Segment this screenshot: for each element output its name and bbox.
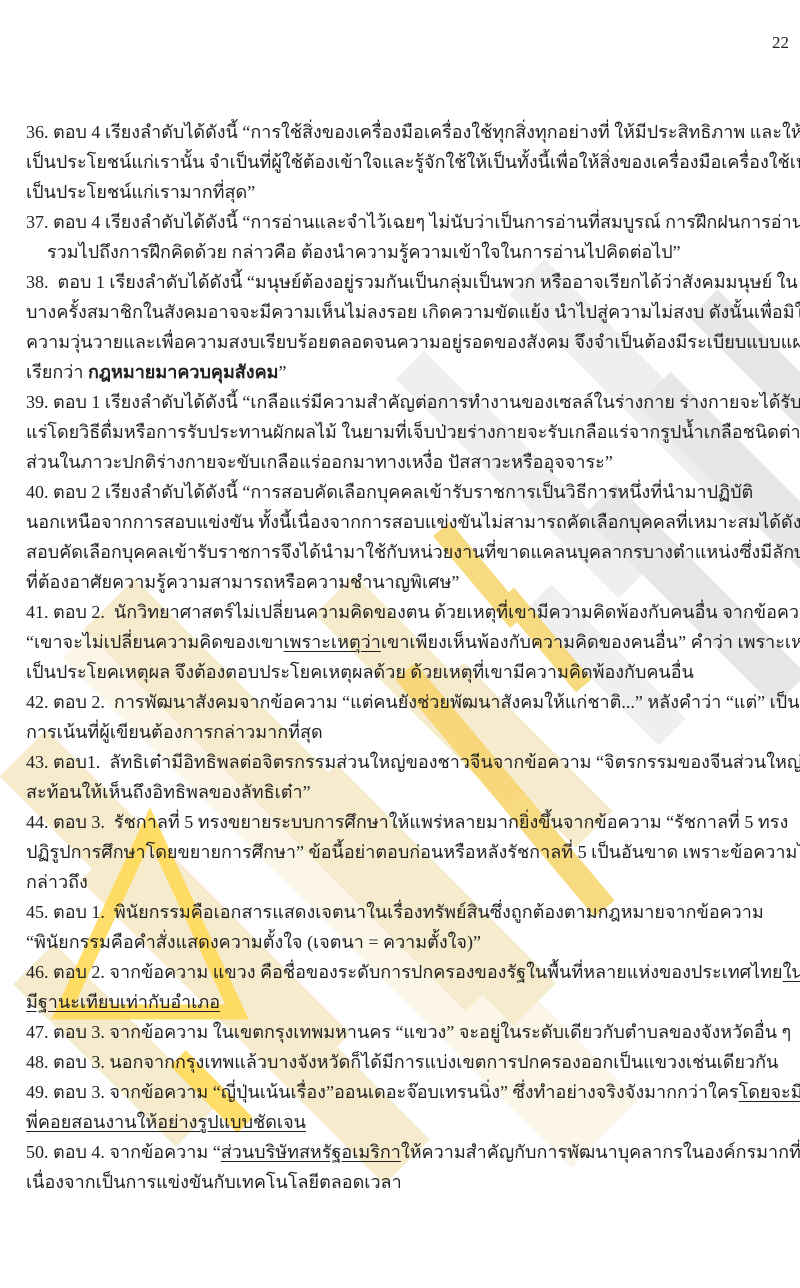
- text-run: สะท้อนให้เห็นถึงอิทธิพลของลัทธิเต๋า”: [26, 782, 311, 802]
- text-line: พี่คอยสอนงานให้อย่างรูปแบบชัดเจน: [26, 1107, 778, 1137]
- text-line: 36. ตอบ 4 เรียงลำดับได้ดังนี้ “การใช้สิ่…: [26, 117, 778, 147]
- item-number: 38.: [26, 272, 49, 292]
- text-run: เพราะเหตุว่า: [283, 632, 380, 652]
- text-run: ตอบ 2. จากข้อความ แขวง คือชื่อของระดับกา…: [49, 962, 783, 982]
- text-line: ที่ต้องอาศัยความรู้ความสามารถหรือความชำน…: [26, 567, 778, 597]
- text-line: บางครั้งสมาชิกในสังคมอาจจะมีความเห็นไม่ล…: [26, 297, 778, 327]
- item-number: 41.: [26, 602, 49, 622]
- text-run: นอกเหนือจากการสอบแข่งขัน ทั้งนี้เนื่องจา…: [26, 512, 800, 532]
- answer-item-40: 40. ตอบ 2 เรียงลำดับได้ดังนี้ “การสอบคัด…: [26, 477, 778, 597]
- text-run: ตอบ 4. จากข้อความ “: [49, 1142, 221, 1162]
- text-run: พี่คอยสอนงานให้อย่างรูปแบบชัดเจน: [26, 1112, 306, 1132]
- answer-item-36: 36. ตอบ 4 เรียงลำดับได้ดังนี้ “การใช้สิ่…: [26, 117, 778, 207]
- text-line: เป็นประโยคเหตุผล จึงต้องตอบประโยคเหตุผลด…: [26, 657, 778, 687]
- text-line: 46. ตอบ 2. จากข้อความ แขวง คือชื่อของระด…: [26, 957, 778, 987]
- text-run: การเน้นที่ผู้เขียนต้องการกล่าวมากที่สุด: [26, 722, 323, 742]
- text-run: รวมไปถึงการฝึกคิดด้วย กล่าวคือ ต้องนำควา…: [47, 242, 681, 262]
- answer-item-50: 50. ตอบ 4. จากข้อความ “ส่วนบริษัทสหรัฐอเ…: [26, 1137, 778, 1197]
- text-line: “เขาจะไม่เปลี่ยนความคิดของเขาเพราะเหตุว่…: [26, 627, 778, 657]
- text-run: มีฐานะเทียบเท่ากับอำเภอ: [26, 992, 220, 1012]
- item-number: 42.: [26, 692, 49, 712]
- text-run: ตอบ 3. รัชกาลที่ 5 ทรงขยายระบบการศึกษาให…: [49, 812, 789, 832]
- text-line: 50. ตอบ 4. จากข้อความ “ส่วนบริษัทสหรัฐอเ…: [26, 1137, 778, 1167]
- item-number: 36.: [26, 122, 49, 142]
- text-run: ตอบ 2. การพัฒนาสังคมจากข้อความ “แต่คนยัง…: [49, 692, 800, 712]
- answer-item-48: 48. ตอบ 3. นอกจากกรุงเทพแล้วบางจังหวัดก็…: [26, 1047, 778, 1077]
- text-line: 41. ตอบ 2. นักวิทยาศาสตร์ไม่เปลี่ยนความค…: [26, 597, 778, 627]
- item-number: 44.: [26, 812, 49, 832]
- text-line: เนื่องจากเป็นการแข่งขันกับเทคโนโลยีตลอดเ…: [26, 1167, 778, 1197]
- text-run: ปฏิรูปการศึกษาโดยขยายการศึกษา” ข้อนี้อย่…: [26, 842, 800, 862]
- text-line: ปฏิรูปการศึกษาโดยขยายการศึกษา” ข้อนี้อย่…: [26, 837, 778, 867]
- text-line: มีฐานะเทียบเท่ากับอำเภอ: [26, 987, 778, 1017]
- item-number: 37.: [26, 212, 49, 232]
- text-line: ส่วนในภาวะปกติร่างกายจะขับเกลือแร่ออกมาท…: [26, 447, 778, 477]
- text-run: “พินัยกรรมคือคำสั่งแสดงความตั้งใจ (เจตนา…: [26, 932, 481, 952]
- text-run: ตอบ 3. จากข้อความ ในเขตกรุงเทพมหานคร “แข…: [49, 1022, 792, 1042]
- text-run: แร่โดยวิธีดื่มหรือการรับประทานผักผลไม้ ใ…: [26, 422, 800, 442]
- text-run: ตอบ 3. จากข้อความ “ญี่ปุ่นเน้นเรื่อง”ออน…: [49, 1082, 739, 1102]
- text-run: ตอบ 1. พินัยกรรมคือเอกสารแสดงเจตนาในเรื่…: [49, 902, 764, 922]
- text-run: ตอบ 4 เรียงลำดับได้ดังนี้ “การใช้สิ่งของ…: [49, 122, 800, 142]
- text-line: 45. ตอบ 1. พินัยกรรมคือเอกสารแสดงเจตนาใน…: [26, 897, 778, 927]
- answer-item-45: 45. ตอบ 1. พินัยกรรมคือเอกสารแสดงเจตนาใน…: [26, 897, 778, 957]
- page-number: 22: [772, 33, 789, 53]
- item-number: 45.: [26, 902, 49, 922]
- text-run: ตอบ1. ลัทธิเต๋ามีอิทธิพลต่อจิตรกรรมส่วนใ…: [49, 752, 800, 772]
- text-line: นอกเหนือจากการสอบแข่งขัน ทั้งนี้เนื่องจา…: [26, 507, 778, 537]
- text-run: ตอบ 2. นักวิทยาศาสตร์ไม่เปลี่ยนความคิดขอ…: [49, 602, 800, 622]
- item-number: 40.: [26, 482, 49, 502]
- text-line: 47. ตอบ 3. จากข้อความ ในเขตกรุงเทพมหานคร…: [26, 1017, 778, 1047]
- item-number: 47.: [26, 1022, 49, 1042]
- text-line: เป็นประโยชน์แก่เรานั้น จำเป็นที่ผู้ใช้ต้…: [26, 147, 778, 177]
- text-run: ส่วนในภาวะปกติร่างกายจะขับเกลือแร่ออกมาท…: [26, 452, 613, 472]
- item-number: 46.: [26, 962, 49, 982]
- answer-item-37: 37. ตอบ 4 เรียงลำดับได้ดังนี้ “การอ่านแล…: [26, 207, 778, 267]
- answers-list: 36. ตอบ 4 เรียงลำดับได้ดังนี้ “การใช้สิ่…: [26, 117, 778, 1197]
- text-run: ความวุ่นวายและเพื่อความสงบเรียบร้อยตลอดจ…: [26, 332, 800, 352]
- answer-item-41: 41. ตอบ 2. นักวิทยาศาสตร์ไม่เปลี่ยนความค…: [26, 597, 778, 687]
- text-run: สอบคัดเลือกบุคคลเข้ารับราชการจึงได้นำมาใ…: [26, 542, 800, 562]
- text-run: ตอบ 1 เรียงลำดับได้ดังนี้ “เกลือแร่มีควา…: [49, 392, 800, 412]
- text-run: เรียกว่า: [26, 362, 88, 382]
- answer-item-42: 42. ตอบ 2. การพัฒนาสังคมจากข้อความ “แต่ค…: [26, 687, 778, 747]
- text-line: รวมไปถึงการฝึกคิดด้วย กล่าวคือ ต้องนำควา…: [26, 237, 778, 267]
- text-run: กฎหมายมาควบคุมสังคม: [88, 362, 279, 382]
- text-run: “เขาจะไม่เปลี่ยนความคิดของเขา: [26, 632, 283, 652]
- text-run: ตอบ 2 เรียงลำดับได้ดังนี้ “การสอบคัดเลือ…: [49, 482, 754, 502]
- text-line: 49. ตอบ 3. จากข้อความ “ญี่ปุ่นเน้นเรื่อง…: [26, 1077, 778, 1107]
- text-run: ส่วนบริษัทสหรัฐอเมริกา: [221, 1142, 401, 1162]
- text-line: สะท้อนให้เห็นถึงอิทธิพลของลัทธิเต๋า”: [26, 777, 778, 807]
- item-number: 50.: [26, 1142, 49, 1162]
- answer-item-44: 44. ตอบ 3. รัชกาลที่ 5 ทรงขยายระบบการศึก…: [26, 807, 778, 897]
- text-line: ความวุ่นวายและเพื่อความสงบเรียบร้อยตลอดจ…: [26, 327, 778, 357]
- item-number: 48.: [26, 1052, 49, 1072]
- text-run: ที่ต้องอาศัยความรู้ความสามารถหรือความชำน…: [26, 572, 459, 592]
- text-line: 43. ตอบ1. ลัทธิเต๋ามีอิทธิพลต่อจิตรกรรมส…: [26, 747, 778, 777]
- text-line: 48. ตอบ 3. นอกจากกรุงเทพแล้วบางจังหวัดก็…: [26, 1047, 778, 1077]
- text-run: ให้ความสำคัญกับการพัฒนาบุคลากรในองค์กรมา…: [401, 1142, 800, 1162]
- text-line: “พินัยกรรมคือคำสั่งแสดงความตั้งใจ (เจตนา…: [26, 927, 778, 957]
- text-line: 38. ตอบ 1 เรียงลำดับได้ดังนี้ “มนุษย์ต้อ…: [26, 267, 778, 297]
- text-line: เรียกว่า กฎหมายมาควบคุมสังคม”: [26, 357, 778, 387]
- text-run: ตอบ 1 เรียงลำดับได้ดังนี้ “มนุษย์ต้องอยู…: [49, 272, 798, 292]
- text-line: สอบคัดเลือกบุคคลเข้ารับราชการจึงได้นำมาใ…: [26, 537, 778, 567]
- text-run: โดยจะมีรุ่น: [739, 1082, 800, 1102]
- item-number: 43.: [26, 752, 49, 772]
- text-line: การเน้นที่ผู้เขียนต้องการกล่าวมากที่สุด: [26, 717, 778, 747]
- text-run: เนื่องจากเป็นการแข่งขันกับเทคโนโลยีตลอดเ…: [26, 1172, 402, 1192]
- text-line: 40. ตอบ 2 เรียงลำดับได้ดังนี้ “การสอบคัด…: [26, 477, 778, 507]
- text-run: กล่าวถึง: [26, 872, 88, 892]
- answer-item-43: 43. ตอบ1. ลัทธิเต๋ามีอิทธิพลต่อจิตรกรรมส…: [26, 747, 778, 807]
- text-run: เขาเพียงเห็นพ้องกับความคิดของคนอื่น” คำว…: [381, 632, 800, 652]
- answer-item-46: 46. ตอบ 2. จากข้อความ แขวง คือชื่อของระด…: [26, 957, 778, 1017]
- text-run: เป็นประโยชน์แก่เรามากที่สุด”: [26, 182, 255, 202]
- text-run: ตอบ 3. นอกจากกรุงเทพแล้วบางจังหวัดก็ได้ม…: [49, 1052, 779, 1072]
- text-run: ตอบ 4 เรียงลำดับได้ดังนี้ “การอ่านและจำไ…: [49, 212, 800, 232]
- text-line: เป็นประโยชน์แก่เรามากที่สุด”: [26, 177, 778, 207]
- text-run: บางครั้งสมาชิกในสังคมอาจจะมีความเห็นไม่ล…: [26, 302, 800, 322]
- text-line: 37. ตอบ 4 เรียงลำดับได้ดังนี้ “การอ่านแล…: [26, 207, 778, 237]
- answer-item-49: 49. ตอบ 3. จากข้อความ “ญี่ปุ่นเน้นเรื่อง…: [26, 1077, 778, 1137]
- text-line: 44. ตอบ 3. รัชกาลที่ 5 ทรงขยายระบบการศึก…: [26, 807, 778, 837]
- text-run: ในอดีต: [783, 962, 800, 982]
- item-number: 49.: [26, 1082, 49, 1102]
- answer-item-38: 38. ตอบ 1 เรียงลำดับได้ดังนี้ “มนุษย์ต้อ…: [26, 267, 778, 387]
- text-run: ”: [279, 362, 287, 382]
- text-line: 39. ตอบ 1 เรียงลำดับได้ดังนี้ “เกลือแร่ม…: [26, 387, 778, 417]
- text-run: เป็นประโยชน์แก่เรานั้น จำเป็นที่ผู้ใช้ต้…: [26, 152, 800, 172]
- text-line: กล่าวถึง: [26, 867, 778, 897]
- text-line: แร่โดยวิธีดื่มหรือการรับประทานผักผลไม้ ใ…: [26, 417, 778, 447]
- text-run: เป็นประโยคเหตุผล จึงต้องตอบประโยคเหตุผลด…: [26, 662, 694, 682]
- answer-item-39: 39. ตอบ 1 เรียงลำดับได้ดังนี้ “เกลือแร่ม…: [26, 387, 778, 477]
- item-number: 39.: [26, 392, 49, 412]
- answer-item-47: 47. ตอบ 3. จากข้อความ ในเขตกรุงเทพมหานคร…: [26, 1017, 778, 1047]
- document-page: 22 36. ตอบ 4 เรียงลำดับได้ดังนี้ “การใช้…: [0, 0, 800, 1288]
- text-line: 42. ตอบ 2. การพัฒนาสังคมจากข้อความ “แต่ค…: [26, 687, 778, 717]
